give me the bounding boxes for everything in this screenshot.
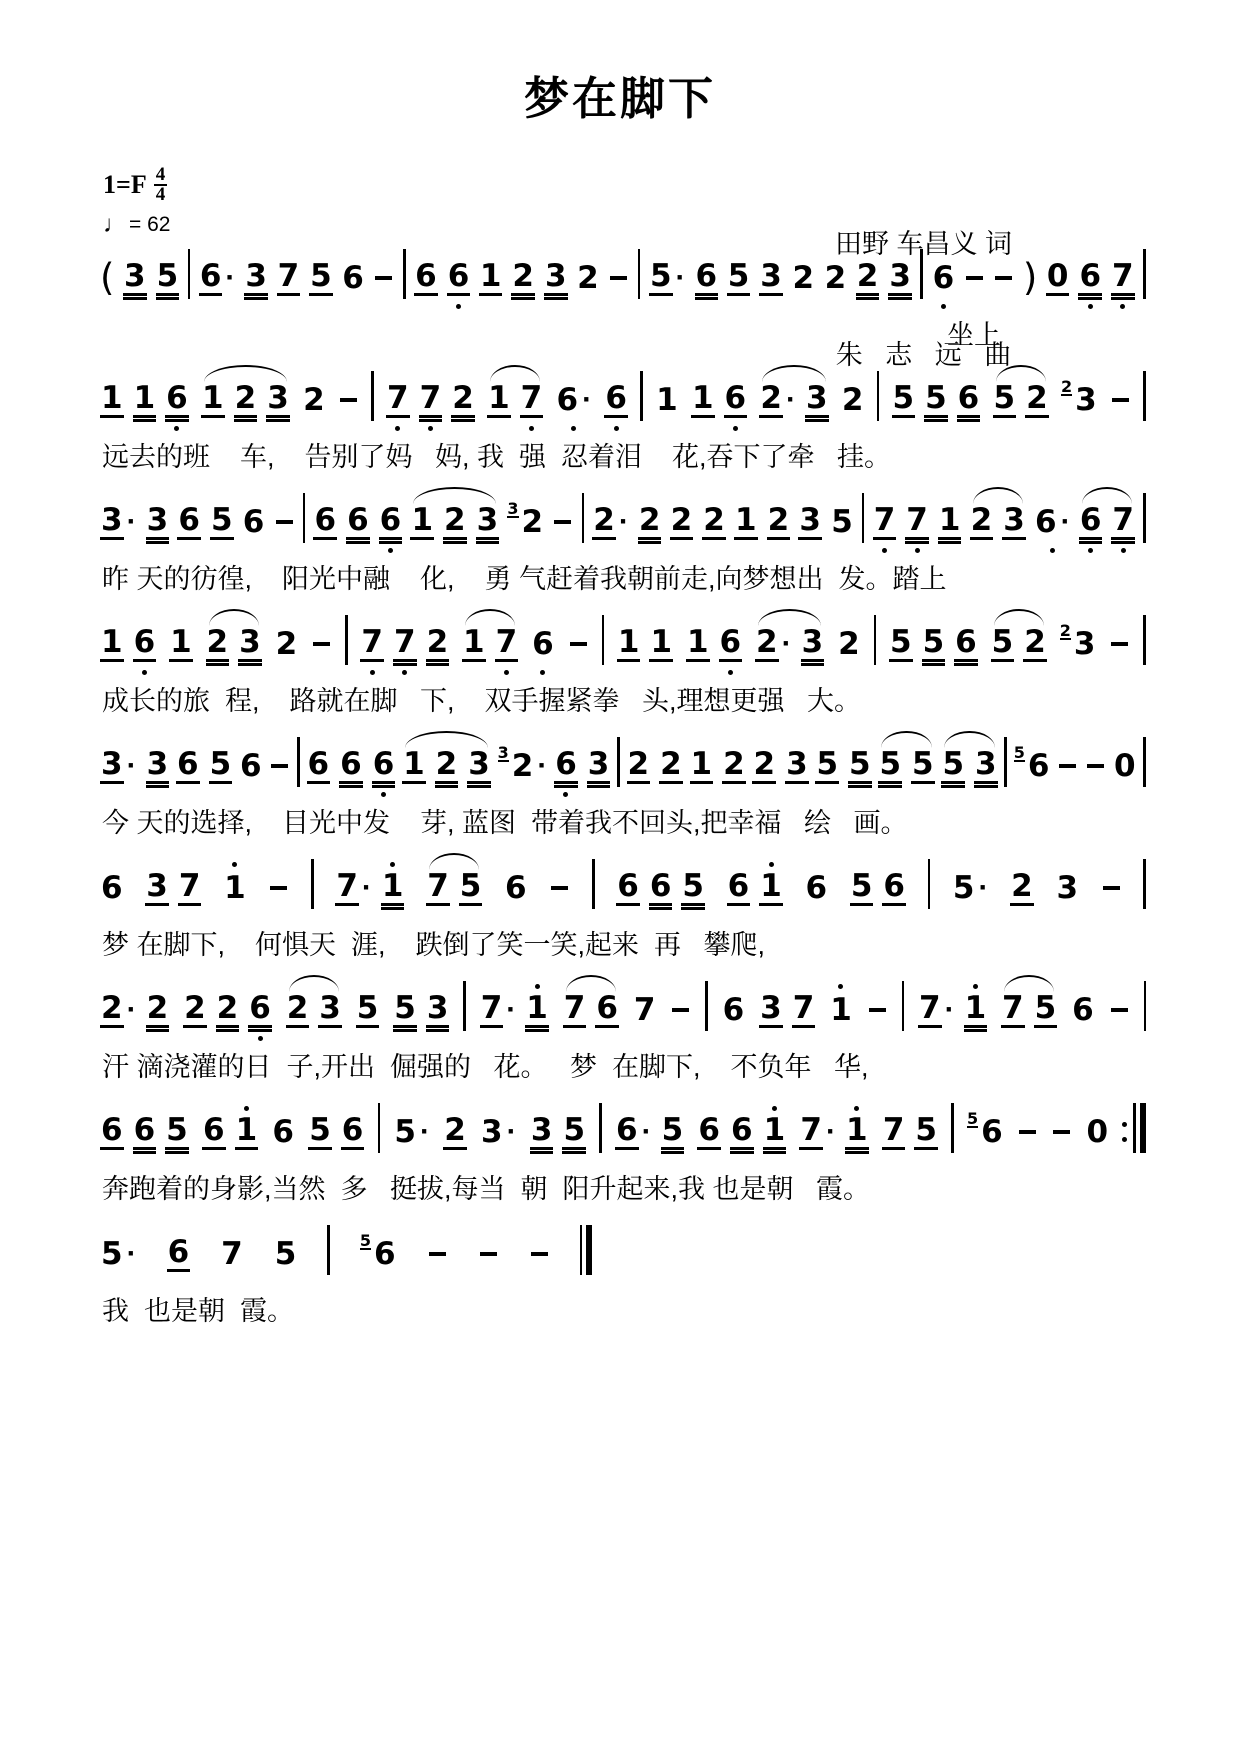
barline (920, 243, 923, 317)
note-digit: 5 (889, 626, 913, 662)
low-octave-dot (915, 548, 920, 553)
grace-note: 5 (967, 1111, 978, 1128)
note-digit: 3 (145, 870, 169, 906)
note-digit: 5 (815, 748, 839, 784)
note-6: 6 (239, 731, 263, 805)
note-6: 6 (719, 609, 743, 683)
note-group: 5· (100, 1219, 137, 1293)
note-6: 6 (176, 731, 200, 805)
open-paren: ( (100, 243, 114, 317)
note-group (373, 243, 394, 317)
system-3: 3·3656666123322·2221235771236·67昨 天的彷徨, … (100, 487, 1146, 602)
slur-group: 2·3 (755, 609, 824, 683)
note-digit: 3 (480, 1116, 504, 1149)
note-digit: 3 (888, 260, 912, 296)
note-digit: 3 (146, 504, 170, 540)
note-3: 3 (476, 487, 500, 561)
note-row: 1161232772176·61162·325565223 (100, 365, 1146, 439)
score-meta: 1=F 4 4 ♩ = 62 (103, 166, 170, 239)
note-7: 7 (873, 487, 897, 561)
note-digit: 6 (167, 1236, 191, 1272)
duration-dash (568, 609, 589, 683)
note-group: 23 (1060, 609, 1097, 683)
beam-group: 772 (360, 609, 449, 683)
note-digit: 2 (856, 260, 880, 296)
note-3: 3 (238, 609, 262, 683)
note-digit: 2 (592, 504, 616, 540)
note-1: 1 (381, 853, 405, 927)
note-digit: 1 (100, 626, 124, 662)
duration-dash (268, 853, 289, 927)
barline (862, 487, 865, 561)
low-octave-dot (540, 670, 545, 675)
key-signature: 1=F 4 4 (103, 166, 170, 204)
note-3: 3 (426, 975, 450, 1049)
barline-rule (1143, 371, 1146, 421)
note-5: 5 (892, 365, 916, 439)
note-2: 2 (791, 243, 815, 317)
note-6: 6 (724, 365, 748, 439)
beam-group: 6·3 (199, 243, 268, 317)
note-digit: 6 (346, 504, 370, 540)
note-1: 1 (649, 609, 673, 683)
grace-note: 2 (1061, 379, 1072, 396)
duration-dash (1110, 365, 1131, 439)
lyrics-line: 梦 在脚下, 何惧天 涯, 跌倒了笑一笑,起来 再 攀爬, (100, 927, 1146, 968)
note-6: 6 (595, 975, 619, 1049)
note-1: 1 (100, 609, 124, 683)
note-digit: 6 (1078, 260, 1102, 296)
note-6: 6 (341, 1097, 365, 1171)
note-2: 2 (451, 365, 475, 439)
note-group: 3· (480, 1097, 517, 1171)
beam-group: 3·3 (100, 487, 169, 561)
beam-group: 661 (697, 1097, 786, 1171)
note-digit: 6 (730, 1114, 754, 1150)
system-6: 63717·1756665616565·23梦 在脚下, 何惧天 涯, 跌倒了笑… (100, 853, 1146, 968)
note-7: 7 (1111, 243, 1135, 317)
duration-dash (529, 1219, 550, 1293)
note-2: 2 (435, 731, 459, 805)
note-1: 1 (487, 365, 511, 439)
barline (188, 243, 191, 317)
note-6: 6 (447, 243, 471, 317)
duration-dash (427, 1219, 448, 1293)
lyrics-line: 奔跑着的身影,当然 多 挺拔,每当 朝 阳升起来,我 也是朝 霞。 (100, 1171, 1146, 1212)
note-digit: 6 (341, 262, 365, 295)
note-digit: 1 (462, 626, 486, 662)
note-group: 2 (824, 243, 848, 317)
repeat-end-barline (1122, 1097, 1146, 1171)
note-5: 5 (991, 609, 1015, 683)
note-group (378, 1097, 381, 1171)
low-octave-dot (258, 1036, 263, 1041)
note-5: 5 (274, 1219, 298, 1293)
note-group (1143, 487, 1146, 561)
augmentation-dot: · (507, 1117, 517, 1147)
beam-group: 3·3 (100, 731, 169, 805)
note-6: 6 (133, 609, 157, 683)
note-digit: 1 (235, 1114, 259, 1150)
low-octave-dot (381, 792, 386, 797)
note-7: 7· (480, 975, 517, 1049)
note-3: 3 (544, 243, 568, 317)
note-digit: 6 (1071, 994, 1095, 1027)
augmentation-dot: · (225, 263, 235, 293)
note-row: 63717·1756665616565·23 (100, 853, 1146, 927)
note-1: 1 (763, 1097, 787, 1171)
barline (303, 487, 306, 561)
note-digit: 0 (1113, 750, 1137, 783)
barline-rule (297, 737, 300, 787)
note-digit: 3 (805, 382, 829, 418)
note-digit: 6 (165, 382, 189, 418)
note-group: 32· (498, 731, 548, 805)
note-1: 1 (223, 853, 247, 927)
note-digit: 6 (504, 872, 528, 905)
note-digit: 6 (1034, 506, 1058, 539)
note-digit: 3 (798, 504, 822, 540)
barline-rule (877, 371, 880, 421)
note-group: 2 (841, 365, 865, 439)
note-digit: 1 (649, 626, 673, 662)
note-2: 2 (576, 243, 600, 317)
note-group: 1 (169, 609, 193, 683)
augmentation-dot: · (782, 629, 792, 659)
note-digit: 2 (722, 748, 746, 784)
beam-group: 16 (686, 609, 742, 683)
duration-dash (993, 243, 1014, 317)
tempo-value: = 62 (129, 213, 170, 237)
note-digit: 1 (525, 992, 549, 1028)
note-group: 5 (830, 487, 854, 561)
low-octave-dot (402, 670, 407, 675)
note-digit: 2 (638, 504, 662, 540)
note-digit: 7 (918, 992, 942, 1028)
high-octave-dot (769, 862, 774, 867)
beam-group: 666 (307, 731, 396, 805)
slur-group: 53 (941, 731, 997, 805)
note-row: 3·365666612332·63221223555553560 (100, 731, 1146, 805)
beam-group: 7·1 (480, 975, 549, 1049)
note-6: 6 (177, 487, 201, 561)
note-digit: 6 (313, 504, 337, 540)
note-digit: 6 (882, 870, 906, 906)
note-digit: 3 (801, 626, 825, 662)
note-digit: 3 (1074, 384, 1098, 417)
note-digit: 1 (487, 382, 511, 418)
barline (1143, 609, 1146, 683)
note-1: 1 (686, 609, 710, 683)
barline (1143, 487, 1146, 561)
lyrics-line: 坐上 (100, 317, 1146, 358)
note-digit: 7 (1111, 504, 1135, 540)
augmentation-dot: · (127, 1239, 137, 1269)
note-7: 7 (563, 975, 587, 1049)
note-1: 1 (617, 609, 641, 683)
low-octave-dot (733, 426, 738, 431)
note-group (951, 1097, 954, 1171)
augmentation-dot: · (619, 507, 629, 537)
note-digit: 2 (767, 504, 791, 540)
low-octave-dot (395, 426, 400, 431)
beam-group: 771 (873, 487, 962, 561)
note-6: 6 (346, 487, 370, 561)
note-digit: 1 (829, 994, 853, 1027)
note-1: 1 (402, 731, 426, 805)
note-1: 1 (479, 243, 503, 317)
slur-group: 55 (878, 731, 934, 805)
note-digit: 2 (511, 260, 535, 296)
note-6: 6 (167, 1219, 191, 1293)
note-group: 6 (932, 243, 956, 317)
beam-group: 61 (202, 1097, 258, 1171)
note-digit: 2 (841, 384, 865, 417)
note-5: 5 (210, 487, 234, 561)
note-6: 6 (531, 609, 555, 683)
note-6: 6 (932, 243, 956, 317)
note-digit: 3 (266, 382, 290, 418)
note-group: 6· (1034, 487, 1071, 561)
note-digit: 6 (177, 504, 201, 540)
augmentation-dot: · (978, 873, 988, 903)
slur-group: 76 (563, 975, 619, 1049)
note-group (303, 487, 306, 561)
note-group (371, 365, 374, 439)
beam-group: 37 (759, 975, 815, 1049)
low-octave-dot (504, 670, 509, 675)
augmentation-dot: · (945, 995, 955, 1025)
note-5: 5· (952, 853, 989, 927)
note-digit: 5 (100, 1238, 124, 1271)
note-group: 3 (798, 487, 822, 561)
note-5: 5 (156, 243, 180, 317)
note-digit: 1 (763, 1114, 787, 1150)
grace-note: 2 (1060, 623, 1071, 640)
slur-group: 17 (487, 365, 543, 439)
note-group (867, 975, 888, 1049)
lyrics-line: 远去的班 车, 告别了妈 妈, 我 强 忍着泪 花,吞下了牵 挂。 (100, 439, 1146, 480)
note-digit: 5 (356, 992, 380, 1028)
note-2: 2 (824, 243, 848, 317)
note-1: 1 (759, 853, 783, 927)
barline (640, 365, 643, 439)
note-group (297, 731, 300, 805)
note-5: 5· (649, 243, 686, 317)
note-2: 2 (216, 975, 240, 1049)
note-digit: 6 (242, 506, 266, 539)
note-2: 2 (722, 731, 746, 805)
note-digit: 3 (530, 1114, 554, 1150)
note-3: 3 (587, 731, 611, 805)
note-group (874, 609, 877, 683)
beam-group: 65 (176, 731, 232, 805)
note-5: 5 (309, 243, 333, 317)
low-octave-dot (1088, 304, 1093, 309)
note-digit: 5 (924, 382, 948, 418)
note-digit: 1 (734, 504, 758, 540)
low-octave-dot (882, 548, 887, 553)
note-group: 6 (242, 487, 266, 561)
note-digit: 5 (830, 506, 854, 539)
note-digit: 2 (286, 992, 310, 1028)
low-octave-dot (941, 304, 946, 309)
beam-group: 226 (183, 975, 272, 1049)
note-3: 3 (759, 243, 783, 317)
note-row: 5·67556 (100, 1219, 1146, 1293)
note-5: 5 (1034, 975, 1058, 1049)
note-digit: 6 (271, 1116, 295, 1149)
note-digit: 3 (238, 626, 262, 662)
note-7: 7 (1111, 487, 1135, 561)
note-group (552, 487, 573, 561)
note-3: 3 (1002, 487, 1026, 561)
note-6: 6· (199, 243, 236, 317)
note-group (1143, 853, 1146, 927)
note-group: 2 (443, 1097, 467, 1171)
note-6: 6 (339, 731, 363, 805)
duration-dash (269, 731, 290, 805)
note-group (928, 853, 931, 927)
note-digit: 2 (702, 504, 726, 540)
note-digit: 6 (556, 384, 580, 417)
note-digit: 6 (133, 626, 157, 662)
augmentation-dot: · (826, 1117, 836, 1147)
note-1: 1 (525, 975, 549, 1049)
slur-group: 23 (970, 487, 1026, 561)
note-digit: 1 (617, 626, 641, 662)
note-digit: 1 (759, 870, 783, 906)
note-group: 0 (1113, 731, 1137, 805)
note-3: 3 (123, 243, 147, 317)
barline-rule (592, 859, 595, 909)
note-3: 3 (785, 731, 809, 805)
note-group (580, 1219, 593, 1293)
note-6: 6 (604, 365, 628, 439)
slur-group: 75 (426, 853, 482, 927)
duration-dash (552, 487, 573, 561)
note-digit: 6 (604, 382, 628, 418)
low-octave-dot (529, 426, 534, 431)
note-digit: 3 (146, 748, 170, 784)
beam-group: 123 (479, 243, 568, 317)
beam-group: 5·6 (649, 243, 718, 317)
note-digit: 5 (911, 748, 935, 784)
low-octave-dot (1088, 548, 1093, 553)
duration-dash (274, 487, 295, 561)
augmentation-dot: · (127, 507, 137, 537)
note-3: 3 (266, 365, 290, 439)
note-digit: 2 (1025, 382, 1049, 418)
note-row: 3·3656666123322·2221235771236·67 (100, 487, 1146, 561)
note-1: 1 (938, 487, 962, 561)
barline (345, 609, 348, 683)
note-group (599, 1097, 602, 1171)
high-octave-dot (535, 984, 540, 989)
note-digit: 6 (341, 1114, 365, 1150)
note-digit: 5 (850, 870, 874, 906)
note-digit: 0 (1046, 260, 1070, 296)
note-digit: 2 (1023, 626, 1047, 662)
system-5: 3·365666612332·63221223555553560今 天的选择, … (100, 731, 1146, 846)
barline-rule (371, 371, 374, 421)
note-digit: 5 (892, 382, 916, 418)
song-title: 梦在脚下 (0, 0, 1240, 127)
note-5: 5 (878, 731, 902, 805)
note-2: 2 (856, 243, 880, 317)
beam-group: 61 (727, 853, 783, 927)
note-digit: 7 (386, 382, 410, 418)
note-1: 1 (964, 975, 988, 1049)
barline (582, 487, 585, 561)
note-2: 2 (206, 609, 230, 683)
barline-rule (311, 859, 314, 909)
note-digit: 0 (1085, 1116, 1109, 1149)
note-digit: 6 (531, 628, 555, 661)
augmentation-dot: · (582, 385, 592, 415)
note-3: 23 (1060, 609, 1097, 683)
beam-group: 7·1 (918, 975, 987, 1049)
note-5: 5 (914, 1097, 938, 1171)
note-digit: 7 (1111, 260, 1135, 296)
note-digit: 1 (402, 748, 426, 784)
note-1: 1 (462, 609, 486, 683)
beam-group: 556 (889, 609, 978, 683)
note-digit: 6 (100, 872, 124, 905)
key-label: 1=F (103, 170, 147, 200)
beam-group: 56 (308, 1097, 364, 1171)
barline-rule (640, 371, 643, 421)
barline-rule (303, 493, 306, 543)
note-digit: 5 (727, 260, 751, 296)
note-group (617, 731, 620, 805)
barline (617, 731, 620, 805)
barline-rule (188, 249, 191, 299)
note-digit: 7 (277, 260, 301, 296)
quarter-note-icon: ♩ (103, 211, 127, 239)
note-7: 7 (360, 609, 384, 683)
beam-group: 772 (386, 365, 475, 439)
note-digit: 5 (649, 260, 673, 296)
note-group (568, 609, 589, 683)
note-3: 3 (974, 731, 998, 805)
note-digit: 2 (521, 506, 545, 539)
note-2: 2 (443, 487, 467, 561)
high-octave-dot (232, 862, 237, 867)
note-digit: 6 (954, 626, 978, 662)
note-digit: 6 (199, 260, 223, 296)
system-8: 665616565·23·356·56617·175560奔跑着的身影,当然 多… (100, 1097, 1146, 1212)
note-group (1143, 609, 1146, 683)
barline-rule (705, 981, 708, 1031)
note-5: 5 (661, 1097, 685, 1171)
note-digit: 6 (805, 872, 829, 905)
note-digit: 6 (307, 748, 331, 784)
note-digit: 6 (176, 748, 200, 784)
note-digit: 2 (755, 626, 779, 662)
note-digit: 1 (381, 870, 405, 906)
beam-group: 22 (670, 487, 726, 561)
note-5: 5 (850, 853, 874, 927)
note-6: 6 (504, 853, 528, 927)
note-digit: 5 (165, 1114, 189, 1150)
rest-note: 0 (1046, 243, 1070, 317)
note-5: 5 (815, 731, 839, 805)
augmentation-dot: · (362, 873, 372, 903)
note-digit: 6 (980, 1116, 1004, 1149)
note-digit: 6 (202, 1114, 226, 1150)
duration-dash (1051, 1097, 1072, 1171)
